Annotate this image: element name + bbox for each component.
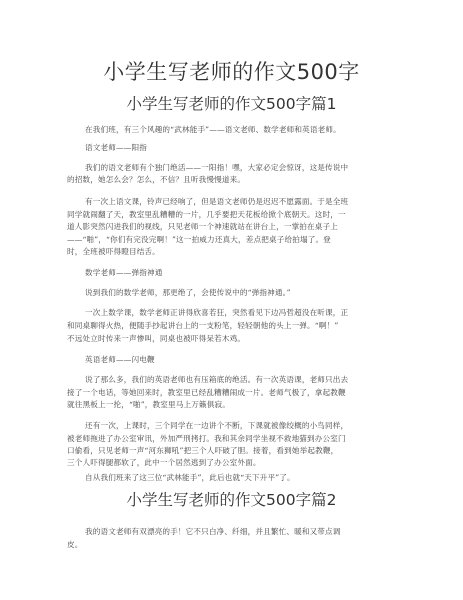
- paragraph-intro: 在我们班，有三个风趣的“武林能手”——语文老师、数学老师和英语老师。: [85, 125, 341, 135]
- document-title: 小学生写老师的作文500字: [0, 56, 463, 86]
- paragraph-line: 皮。: [67, 540, 83, 550]
- paragraph-line: 不远处立时传来一声惨叫，同桌也被吓得呆若木鸡。: [67, 334, 245, 344]
- subheading-chinese-teacher: 语文老师——阳指: [85, 143, 147, 153]
- paragraph-line: 时，全班被吓得瞪目结舌。: [67, 247, 160, 257]
- paragraph-line: 一次上数学课，数学老师正讲得欣喜若狂，突然看见下边冯哲超没在听课，正: [85, 308, 348, 318]
- paragraph-line: 还有一次，上课时，三个同学在一边讲个不断，下课就被像绞概的小鸟同样，: [85, 421, 348, 431]
- paragraph-line: 道人影突然闪进我们的视线，只见老师一个神速就站在讲台上，一掌拍在桌子上: [67, 222, 338, 232]
- paragraph-line: 和同桌聊得火热，便随手抄起讲台上的一支粉笔，轻轻朝他的头上一弹。“啊！”: [67, 321, 338, 331]
- subheading-math-teacher: 数学老师——弹指神通: [85, 268, 162, 278]
- paragraph-line: 接了一个电话，等她回来时，教室里已经乱糟糟闹成一片。老师气极了，拿起教鞭: [67, 388, 346, 398]
- paragraph-line: 说到我们的数学老师，那更绝了，会使传说中的“弹指神通。”: [85, 288, 291, 298]
- paragraph-line: 有一次上语文课，铃声已经响了，但是语文老师仍是迟迟不愿露面。于是全班: [85, 197, 348, 207]
- subheading-english-teacher: 英语老师——闪电鞭: [85, 355, 155, 365]
- paragraph-line: ——“啪”，“你们有完没完啊！”这一拍威力还真大，差点把桌子给拍塌了。登: [67, 235, 331, 245]
- paragraph-line: 三个人吓得腿都软了，此中一个居然逃到了办公室外面。: [67, 458, 261, 468]
- section-1-title: 小学生写老师的作文500字篇1: [0, 92, 463, 114]
- paragraph-line: 口偷看，只见老师一声“河东狮吼”把三个人吓破了胆。接着，看到她举起教鞭，: [67, 446, 338, 456]
- paragraph-line: 我的语文老师有双漂亮的手！它不只白净、纤细，并且繁忙、暖和又带点调: [85, 527, 341, 537]
- paragraph-conclusion: 自从我们班来了这三位“武林能手”，此后也就“天下升平”了。: [85, 473, 295, 483]
- section-2-title: 小学生写老师的作文500字篇2: [0, 488, 463, 510]
- paragraph-line: 的招数，她怎么会？怎么，不信？且听我慢慢道来。: [67, 175, 245, 185]
- document-page: 小学生写老师的作文500字 小学生写老师的作文500字篇1 在我们班，有三个风趣…: [0, 0, 463, 600]
- paragraph-line: 同学就闹翻了天，教室里乱糟糟的一片，几乎要把天花板给掀个底朝天。这时，一: [67, 210, 346, 220]
- paragraph-line: 我们的语文老师有个独门绝活——一阳指！嘿，大家必定会惊讶，这是传说中: [85, 163, 348, 173]
- paragraph-line: 被老师拖进了办公室审讯，外加严刑拷打。我和其余同学坐视不救地猫到办公室门: [67, 434, 346, 444]
- paragraph-line: 说了那么多，我们的英语老师也有压箱底的绝活。有一次英语课，老师只出去: [85, 375, 348, 385]
- paragraph-line: 就往黑板上一抡，“啪”，教室里马上万籁俱寂。: [67, 400, 230, 410]
